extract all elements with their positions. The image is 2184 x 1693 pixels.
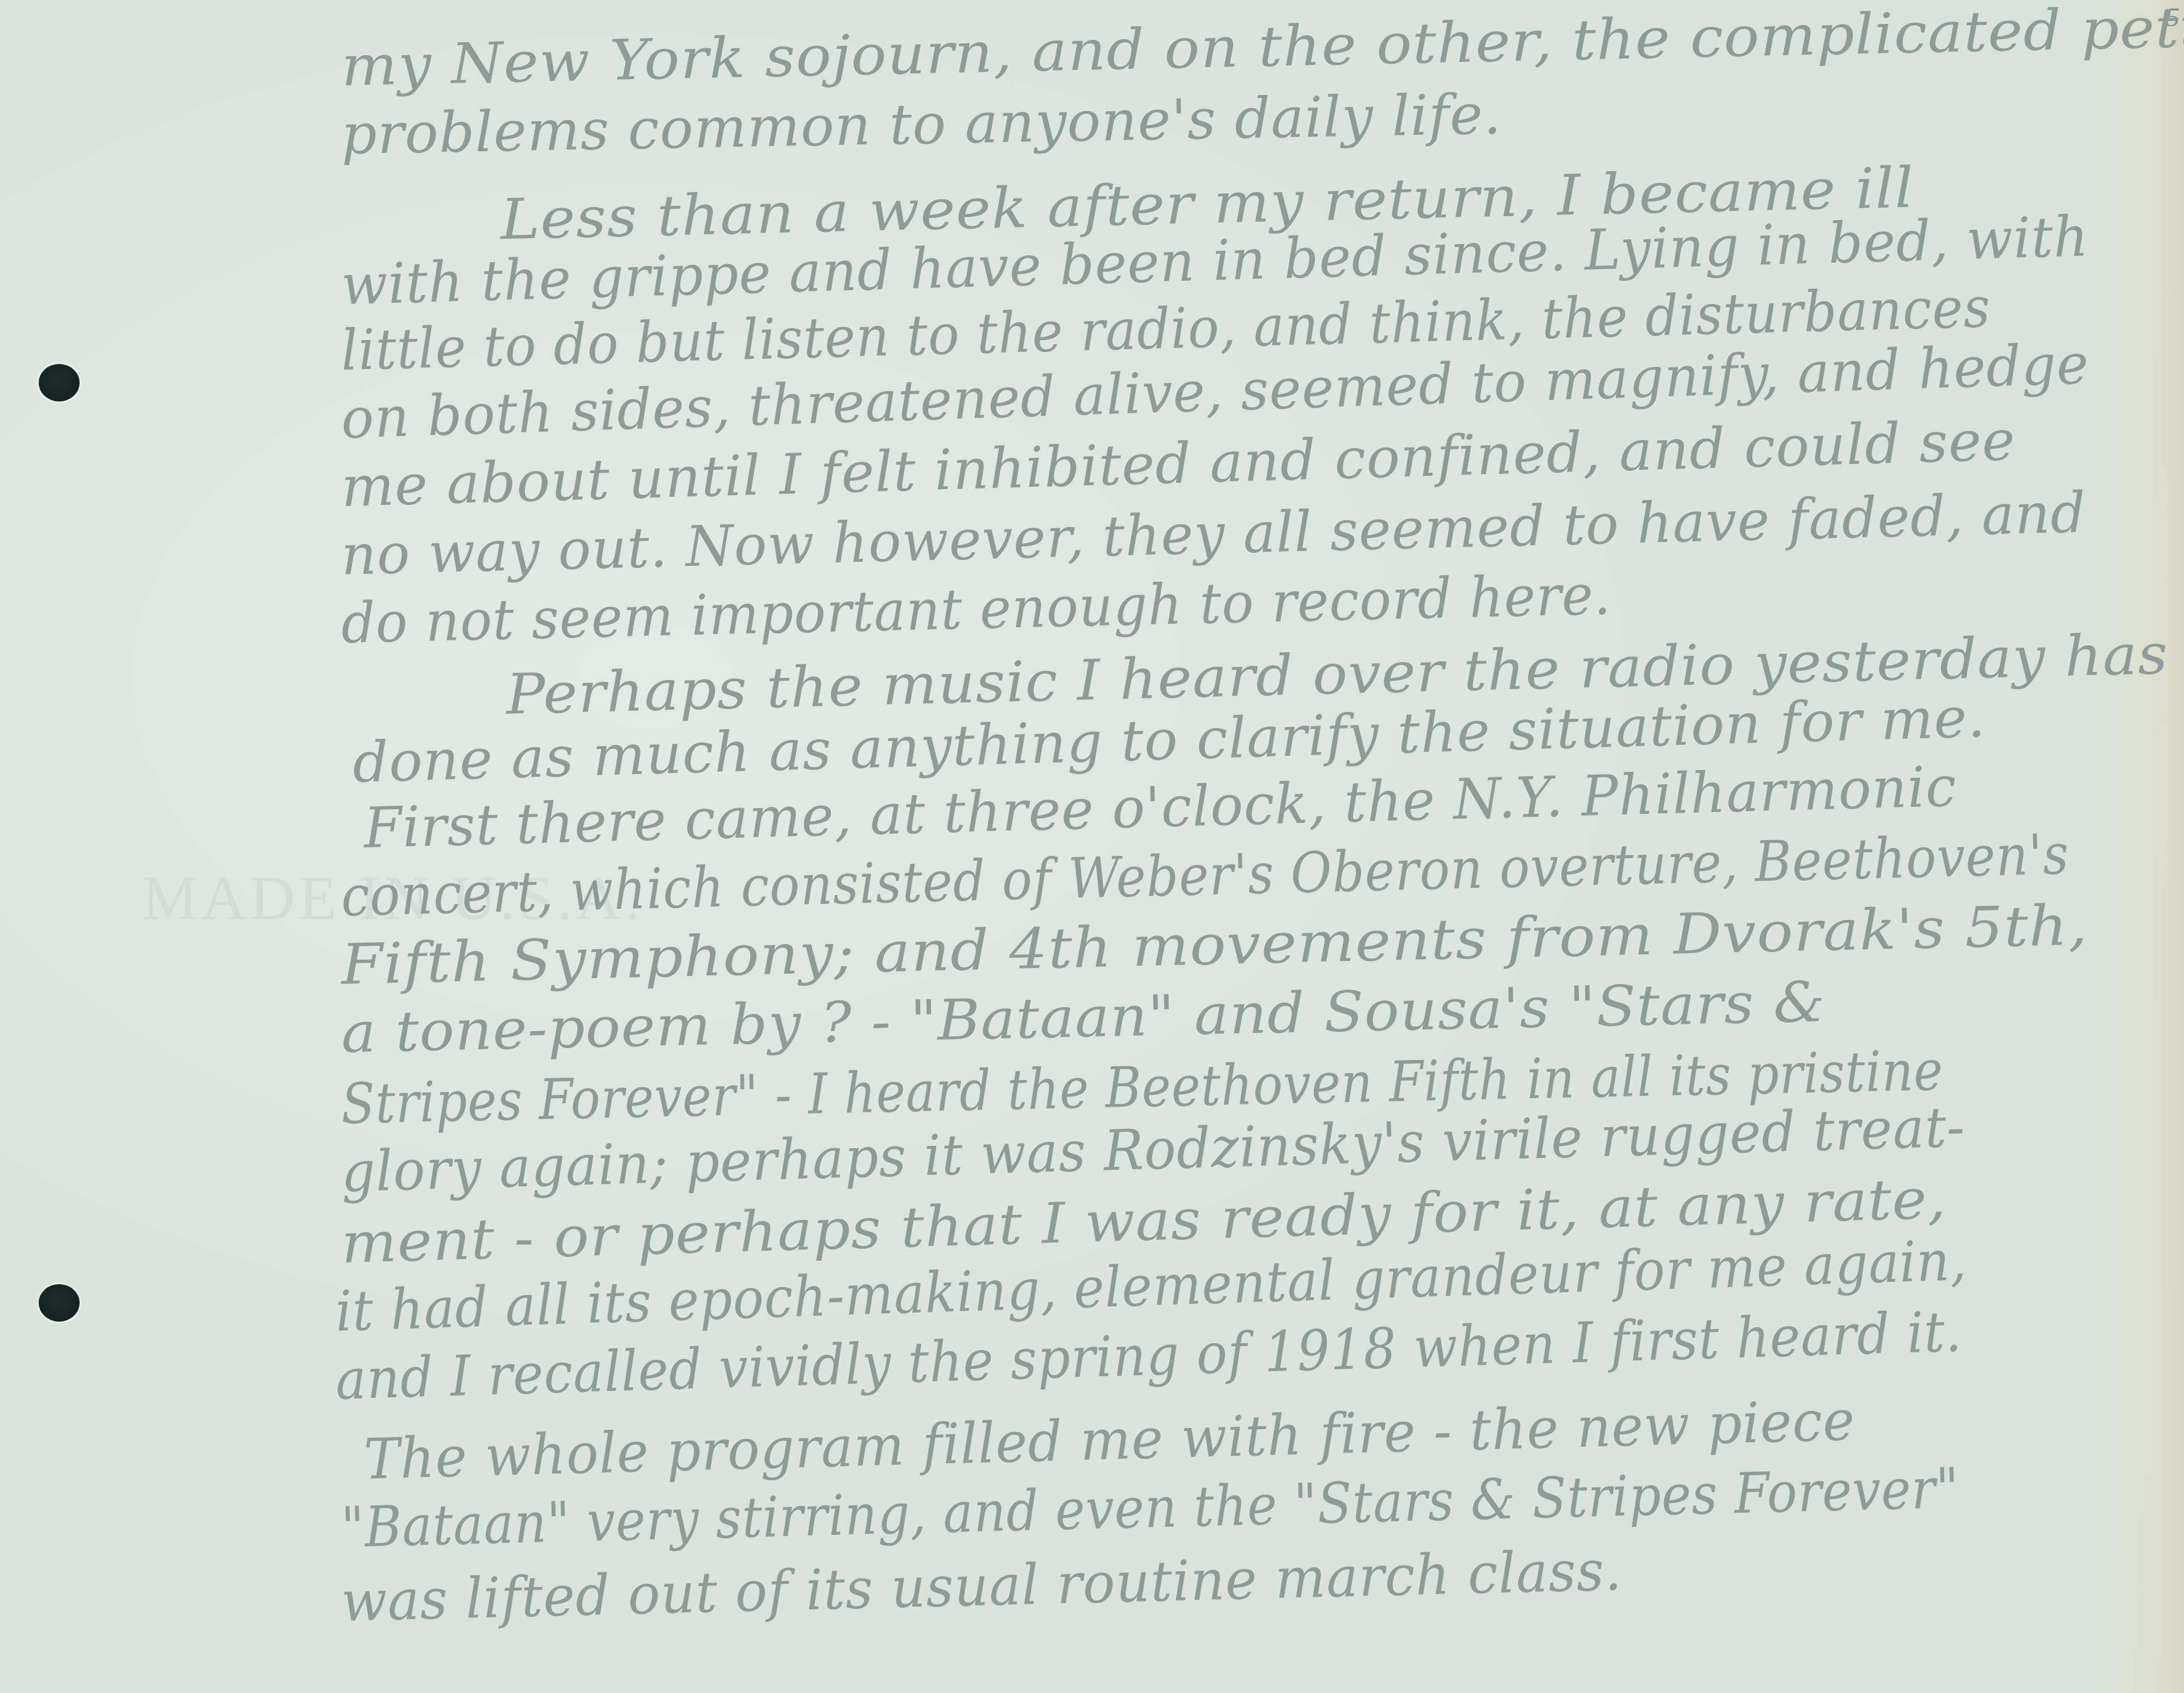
handwritten-text: my New York sojourn, and on the other, t… bbox=[0, 0, 2184, 1693]
notebook-page: MADE IN U.S.A. 5 my New York sojourn, an… bbox=[0, 0, 2184, 1693]
text-line: my New York sojourn, and on the other, t… bbox=[341, 0, 2184, 99]
